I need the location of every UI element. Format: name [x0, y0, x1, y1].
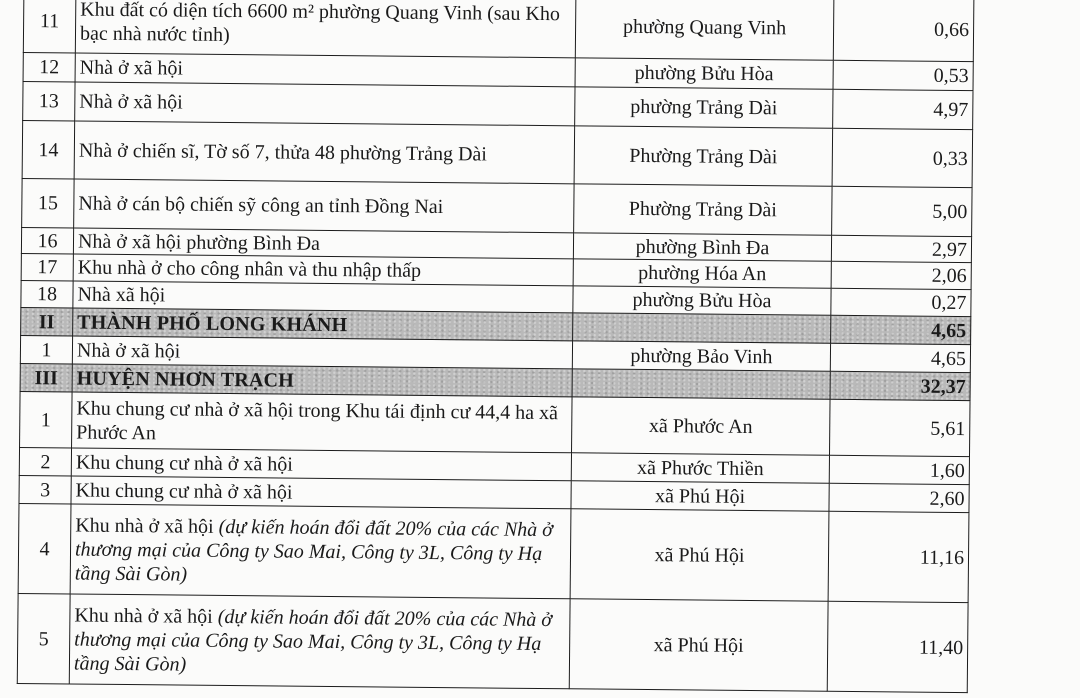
table-row: 5 Khu nhà ở xã hội (dự kiến hoán đổi đất… [17, 594, 968, 693]
table-row: 11 Khu đất có diện tích 6600 m² phường Q… [23, 0, 974, 62]
project-area: 0,27 [831, 288, 971, 316]
row-number: 15 [22, 179, 74, 228]
table-row: 4 Khu nhà ở xã hội (dự kiến hoán đổi đất… [18, 504, 969, 603]
row-number: 5 [17, 594, 70, 684]
project-location: phường Bình Đa [573, 233, 831, 261]
project-area: 2,97 [831, 235, 971, 262]
project-name: Khu nhà ở xã hội (dự kiến hoán đổi đất 2… [70, 504, 571, 599]
project-location: phường Hóa An [573, 259, 831, 288]
project-location: Phường Trảng Dài [574, 184, 832, 235]
project-location: xã Phước Thiền [571, 453, 829, 483]
project-area: 4,65 [830, 343, 970, 372]
row-number: 11 [23, 0, 76, 53]
housing-land-table: 11 Khu đất có diện tích 6600 m² phường Q… [17, 0, 975, 693]
project-location: xã Phú Hội [570, 509, 829, 601]
project-name: Nhà ở cán bộ chiến sỹ công an tỉnh Đồng … [74, 179, 574, 233]
project-location: phường Bửu Hòa [573, 286, 831, 315]
row-number: 14 [22, 121, 75, 179]
project-name: Khu chung cư nhà ở xã hội trong Khu tái … [72, 392, 573, 453]
row-number: 18 [21, 281, 73, 308]
project-location: phường Quang Vinh [575, 0, 834, 60]
section-total-area: 4,65 [831, 315, 971, 344]
project-area: 11,40 [827, 601, 968, 692]
project-name-main: Khu nhà ở xã hội [74, 604, 218, 627]
table-row: 14 Nhà ở chiến sĩ, Tờ số 7, thửa 48 phườ… [22, 121, 973, 188]
section-location [572, 369, 830, 399]
project-location: xã Phước An [572, 397, 831, 455]
row-number: 1 [20, 336, 72, 364]
project-location: phường Bảo Vinh [572, 341, 830, 371]
project-location: Phường Trảng Dài [574, 126, 833, 186]
project-area: 0,33 [832, 128, 973, 187]
table-row: 1 Khu chung cư nhà ở xã hội trong Khu tá… [20, 392, 970, 457]
row-number: 13 [23, 82, 75, 121]
row-number: 16 [21, 228, 73, 254]
project-area: 4,97 [833, 89, 973, 129]
project-location: xã Phú Hội [571, 481, 829, 511]
project-area: 11,16 [828, 511, 969, 602]
section-total-area: 32,37 [830, 371, 970, 400]
row-number: 4 [18, 504, 71, 594]
project-location: phường Bửu Hòa [575, 58, 833, 89]
row-number: 17 [21, 254, 73, 281]
project-location: xã Phú Hội [569, 599, 828, 691]
project-area: 5,61 [829, 399, 970, 456]
row-number: 3 [19, 476, 71, 504]
project-name: Nhà ở xã hội [75, 82, 575, 126]
row-number: 12 [23, 53, 75, 82]
project-area: 2,06 [831, 261, 971, 289]
project-name-main: Khu nhà ở xã hội [75, 514, 219, 537]
section-location [573, 313, 831, 343]
project-name: Nhà ở chiến sĩ, Tờ số 7, thửa 48 phường … [74, 121, 575, 184]
row-number: 1 [20, 392, 73, 448]
project-area: 2,60 [829, 483, 969, 512]
section-number: III [20, 364, 72, 392]
project-name: Khu nhà ở xã hội (dự kiến hoán đổi đất 2… [69, 594, 570, 689]
project-area: 1,60 [829, 455, 969, 484]
project-name: Khu đất có diện tích 6600 m² phường Quan… [75, 0, 576, 58]
project-area: 0,66 [833, 0, 974, 62]
project-location: phường Trảng Dài [575, 87, 833, 128]
section-number: II [21, 308, 73, 336]
project-area: 0,53 [833, 60, 973, 90]
project-area: 5,00 [832, 186, 972, 236]
scanned-page: 11 Khu đất có diện tích 6600 m² phường Q… [0, 0, 1080, 698]
row-number: 2 [19, 448, 71, 476]
